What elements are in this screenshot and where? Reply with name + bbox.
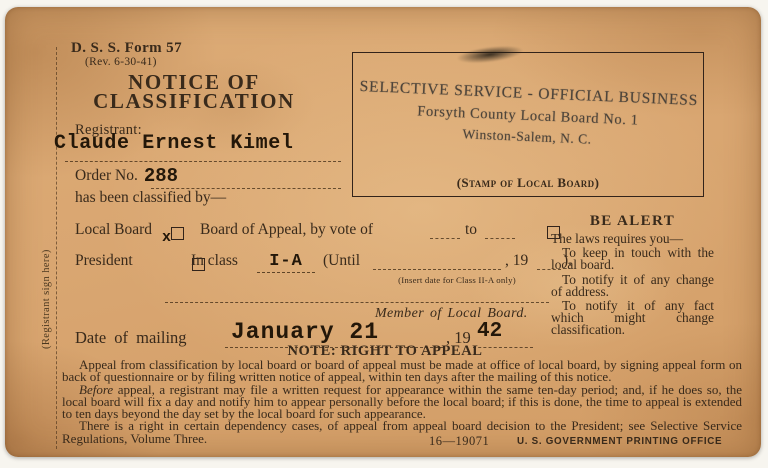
registrant-name-typed: Claude Ernest Kimel: [54, 132, 293, 155]
be-alert-intro: The laws requires you—: [551, 233, 714, 245]
form-revision: (Rev. 6-30-41): [85, 56, 157, 68]
order-number-typed: 288: [144, 165, 178, 187]
mailing-date-typed: January 21: [231, 319, 379, 345]
be-alert-section: BE ALERT The laws requires you— To keep …: [551, 213, 714, 336]
vote-blank-2: [485, 238, 515, 239]
gpo-imprint: U. S. GOVERNMENT PRINTING OFFICE: [517, 436, 722, 447]
appeal-paragraph-2: Before appeal, a registrant may file a w…: [62, 384, 742, 421]
in-class-label: In class: [191, 252, 238, 270]
notice-of-classification-card: (Registrant sign here) D. S. S. Form 57 …: [5, 7, 761, 457]
scanned-document: (Registrant sign here) D. S. S. Form 57 …: [0, 0, 768, 468]
classified-by-label: has been classified by—: [75, 189, 226, 207]
be-alert-item: To keep in touch with the local board.: [551, 247, 714, 271]
registrant-sign-here-note: (Registrant sign here): [41, 179, 52, 349]
registrant-name-underline: [65, 161, 341, 162]
appeal-fine-print: Appeal from classification by local boar…: [62, 359, 742, 445]
local-board-x-mark: x: [162, 229, 171, 246]
appeal-paragraph-1: Appeal from classification by local boar…: [62, 359, 742, 384]
be-alert-heading: BE ALERT: [551, 213, 714, 230]
page-title: NOTICE OF CLASSIFICATION: [57, 73, 331, 111]
until-date-blank: [373, 269, 501, 270]
print-code: 16—19071: [429, 434, 489, 449]
vote-to-label: to: [465, 221, 477, 239]
year-prefix-label: , 19: [505, 252, 528, 270]
title-line2: CLASSIFICATION: [57, 92, 331, 111]
be-alert-item: To notify it of any fact which might cha…: [551, 300, 714, 336]
appeal-paragraph-2-rest: appeal, a registrant may file a written …: [62, 382, 742, 422]
vote-blank-1: [430, 238, 460, 239]
board-of-appeal-label: Board of Appeal, by vote of: [200, 221, 373, 239]
local-board-checkbox: x: [171, 227, 184, 240]
order-number-row: Order No.288: [75, 164, 178, 186]
member-of-local-board-label: Member of Local Board.: [375, 306, 528, 322]
class-value-blank: I-A: [257, 253, 315, 273]
order-number-label: Order No.: [75, 167, 138, 184]
stamp-box-caption: (Stamp of Local Board): [352, 175, 704, 191]
insert-date-note: (Insert date for Class II-A only): [357, 275, 557, 285]
until-label: (Until: [323, 252, 360, 270]
be-alert-item: To notify it of any change of address.: [551, 274, 714, 298]
local-board-label: Local Board: [75, 221, 152, 239]
signature-line: [165, 302, 549, 303]
president-label: President: [75, 252, 133, 270]
class-value-typed: I-A: [269, 252, 303, 271]
mailing-year-typed: 42: [477, 320, 502, 343]
form-number: D. S. S. Form 57: [71, 40, 182, 57]
